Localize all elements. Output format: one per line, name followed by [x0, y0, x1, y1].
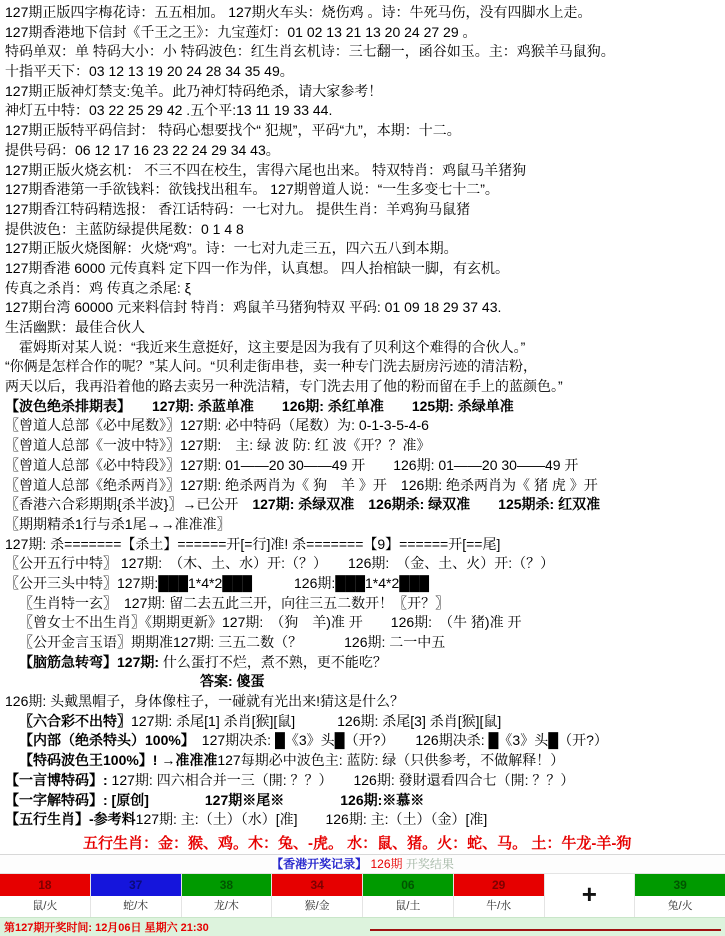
tip-line: 127期正版火烧玄机： 不三不四在校生，害得六尾也出来。 特双特肖：鸡鼠马羊猪狗	[5, 161, 725, 181]
ball-number: 37	[91, 874, 181, 896]
tip-line: 〖生肖特一玄〗 127期: 留二去五此三开，向往三五二数开！〖开？〗	[5, 594, 725, 614]
tip-line: 【一言博特码】: 127期: 四六相合并一三（開: ？？） 126期: 發財還看…	[5, 771, 725, 791]
tip-line-text: 【一字解特码】: [原创]	[5, 792, 149, 808]
tip-line: 〖曾道人总部《一波中特》〗127期: 主: 绿 波 防: 红 波《开？？准》	[5, 436, 725, 456]
tip-line: 126期: 头戴黑帽子，身体像柱子，一碰就有光出来!猜这是什么？	[5, 692, 725, 712]
tip-line-text: 霍姆斯对某人说：“我近来生意挺好，这主要是因为我有了贝利这个难得的合伙人。”	[19, 339, 525, 355]
footer-divider	[370, 929, 721, 931]
tip-line-text: 127期台湾 60000 元来料信封 特肖：鸡鼠羊马猪狗特双 平码: 01 09…	[5, 299, 501, 315]
tip-line-text: 127期: 杀=======【杀土】======开[=行]准! 杀=======…	[5, 536, 500, 552]
tip-line-text: 神灯五中特：03 22 25 29 42 .五个平:13 11 19 33 44…	[5, 102, 332, 118]
tip-line: 127期正版特平码信封： 特码心想要找个“ 犯规”，平码“九”，本期：十二。	[5, 121, 725, 141]
tip-line: 神灯五中特：03 22 25 29 42 .五个平:13 11 19 33 44…	[5, 101, 725, 121]
tip-line-text: 127期: 杀尾[1] 杀肖[猴][鼠] 126期: 杀尾[3] 杀肖[猴][鼠…	[131, 713, 501, 729]
tip-line-text: 答案: 傻蛋	[200, 673, 265, 689]
tip-line-text: 127期: 杀绿双准 126期杀: 绿双准 125期杀: 红双准	[252, 496, 600, 512]
tip-line-text: 127期正版神灯禁支:兔羊。此乃神灯特码绝杀，请大家参考！	[5, 83, 382, 99]
result-cell: 18鼠/火	[0, 874, 91, 917]
result-cell: 29牛/水	[454, 874, 545, 917]
tip-line-text: 提供波色：主蓝防绿提供尾数：0 1 4 8	[5, 221, 244, 237]
tip-line-text: 【波色绝杀排期表】 127期: 杀蓝单准 126期: 杀红单准 125期: 杀绿…	[5, 398, 514, 414]
results-header: 【香港开奖记录】 126期 开奖结果	[0, 855, 725, 873]
tip-line: “你俩是怎样合作的呢？”某人问。“贝利走街串巷，卖一种专门洗去厨房污迹的清洁粉，	[5, 357, 725, 377]
plus-cell: +	[545, 874, 636, 917]
result-cell: 34猴/金	[272, 874, 363, 917]
tip-line-text: 生活幽默：最佳合伙人	[5, 319, 145, 335]
tip-line-text: 127期香江特码精选报： 香江话特码：一七对九。 提供生肖：羊鸡狗马鼠猪	[5, 201, 470, 217]
tip-line-text: 〖期期精杀1行与杀1尾→→准准准〗	[5, 516, 231, 532]
result-cell: 38龙/木	[182, 874, 273, 917]
tip-line: 127期香江特码精选报： 香江话特码：一七对九。 提供生肖：羊鸡狗马鼠猪	[5, 200, 725, 220]
tip-line-text: 特码单双：单 特码大小：小 特码波色：红生肖玄机诗：三七翻一，函谷如玉。主：鸡猴…	[5, 43, 615, 59]
five-element-zodiac-line: 五行生肖：金：猴、鸡。木：兔、-虎。 水：鼠、猪。火：蛇、马。 土：牛龙-羊-狗	[5, 834, 725, 854]
tip-line-text: 127期: 四六相合并一三（開: ？？） 126期: 發財還看四合七（開: ？？…	[108, 772, 575, 788]
tip-line-text: 〖六合彩不出特〗	[19, 713, 131, 729]
tip-line: 【一字解特码】: [原创] 127期※尾※ 126期:※慕※	[5, 791, 725, 811]
tip-line: 127期香港第一手欲钱料：欲钱找出租车。 127期曾道人说：“一生多变七十二”。	[5, 180, 725, 200]
tip-line: 【内部（绝杀特头）100%】 127期决杀: █《3》头█（开?） 126期决杀…	[5, 731, 725, 751]
tip-line-text: 提供号码：06 12 17 16 23 22 24 29 34 43。	[5, 142, 280, 158]
tip-line-text: 【脑筋急转弯】127期:	[19, 654, 159, 670]
tip-line: 霍姆斯对某人说：“我近来生意挺好，这主要是因为我有了贝利这个难得的合伙人。”	[5, 338, 725, 358]
plus-sign: +	[545, 874, 635, 917]
tip-line-text: 127每期必中波色主: 蓝防: 绿（只供参考，不做解释！）	[217, 752, 564, 768]
tip-line: 127期: 杀=======【杀土】======开[=行]准! 杀=======…	[5, 535, 725, 555]
tip-line: 特码单双：单 特码大小：小 特码波色：红生肖玄机诗：三七翻一，函谷如玉。主：鸡猴…	[5, 42, 725, 62]
results-footer: 第127期开奖时间: 12月06日 星期六 21:30	[0, 917, 725, 936]
tip-line-text: 【内部（绝杀特头）100%】	[19, 732, 188, 748]
results-result-label: 开奖结果	[406, 857, 454, 871]
result-cell: 37蛇/木	[91, 874, 182, 917]
results-issue: 126期	[370, 857, 402, 871]
tip-line-text: 〖曾道人总部《绝杀两肖》〗127期: 绝杀两肖为《 狗 羊 》开 126期: 绝…	[5, 477, 598, 493]
ball-number: 29	[454, 874, 544, 896]
tip-line-text: 127期正版特平码信封： 特码心想要找个“ 犯规”，平码“九”，本期：十二。	[5, 122, 461, 138]
tip-line-text: 两天以后，我再沿着他的路去卖另一种洗洁精，专门洗去用了他的粉而留在手上的蓝颜色。…	[5, 378, 563, 394]
ball-zodiac-element: 兔/火	[635, 896, 725, 917]
tip-line: 〖香港六合彩期期{杀半波}〗→已公开 127期: 杀绿双准 126期杀: 绿双准…	[5, 495, 725, 515]
tip-line: 〖曾女士不出生肖〗《期期更新》127期: （狗 羊)准 开 126期: （牛 猪…	[5, 613, 725, 633]
ball-zodiac-element: 鼠/土	[363, 896, 453, 917]
ball-number: 39	[635, 874, 725, 896]
tip-line-text: 〖公开五行中特〗 127期: （木、土、水）开:（？） 126期: （金、土、火…	[5, 555, 554, 571]
tip-line: 两天以后，我再沿着他的路去卖另一种洗洁精，专门洗去用了他的粉而留在手上的蓝颜色。…	[5, 377, 725, 397]
tip-line-text: 〖香港六合彩期期{杀半波}〗→已公开	[5, 496, 252, 512]
tip-line: 〖曾道人总部《必中特段》〗127期: 01——20 30——49 开 126期:…	[5, 456, 725, 476]
tip-line: 〖曾道人总部《绝杀两肖》〗127期: 绝杀两肖为《 狗 羊 》开 126期: 绝…	[5, 476, 725, 496]
tip-line: 生活幽默：最佳合伙人	[5, 318, 725, 338]
tip-line-text: 〖公开三头中特〗127期:███1*4*2███ 126期:███1*4*2██…	[5, 575, 429, 591]
tip-line-text: 〖曾道人总部《一波中特》〗127期: 主: 绿 波 防: 红 波《开？？准》	[5, 437, 430, 453]
tip-line: 127期台湾 60000 元来料信封 特肖：鸡鼠羊马猪狗特双 平码: 01 09…	[5, 298, 725, 318]
tip-line: 〖公开五行中特〗 127期: （木、土、水）开:（？） 126期: （金、土、火…	[5, 554, 725, 574]
tip-line-text: “你俩是怎样合作的呢？”某人问。“贝利走街串巷，卖一种专门洗去厨房污迹的清洁粉，	[5, 358, 537, 374]
tip-line-text: 〖生肖特一玄〗 127期: 留二去五此三开，向往三五二数开！〖开？〗	[19, 595, 449, 611]
tip-line-text	[284, 792, 340, 808]
tip-line: 127期正版神灯禁支:兔羊。此乃神灯特码绝杀，请大家参考！	[5, 82, 725, 102]
tip-line-text: 【五行生肖】-参考料	[5, 811, 136, 827]
ball-number: 06	[363, 874, 453, 896]
ball-zodiac-element: 鼠/火	[0, 896, 90, 917]
tip-line: 127期正版火烧图解：火烧“鸡”。诗：一七对九走三五，四六五八到本期。	[5, 239, 725, 259]
tip-line: 127期正版四字梅花诗：五五相加。 127期火车头：烧伤鸡 。诗：牛死马伤，没有…	[5, 3, 725, 23]
tip-line-text	[149, 792, 205, 808]
next-draw-time: 第127期开奖时间: 12月06日 星期六 21:30	[4, 922, 209, 934]
tip-line-text: 十指平天下：03 12 13 19 20 24 28 34 35 49。	[5, 63, 294, 79]
tip-line-text: 127期决杀: █《3》头█（开?） 126期决杀: █《3》头█（开?）	[188, 732, 608, 748]
tip-line-text: 〖曾道人总部《必中尾数》〗127期: 必中特码（尾数）为: 0-1-3-5-4-…	[5, 417, 429, 433]
ball-number: 34	[272, 874, 362, 896]
results-row: 18鼠/火37蛇/木38龙/木34猴/金06鼠/土29牛/水+39兔/火	[0, 873, 725, 917]
tip-line: 提供波色：主蓝防绿提供尾数：0 1 4 8	[5, 220, 725, 240]
result-cell: 06鼠/土	[363, 874, 454, 917]
tip-line: 〖公开金言玉语〗期期准127期: 三五二数（？ 126期: 二一中五	[5, 633, 725, 653]
tip-line-text: 126期: 头戴黑帽子，身体像柱子，一碰就有光出来!猜这是什么？	[5, 693, 404, 709]
tip-line: 〖期期精杀1行与杀1尾→→准准准〗	[5, 515, 725, 535]
tip-line-text: 【特码波色王100%】! →准准准	[19, 752, 217, 768]
ball-zodiac-element: 龙/木	[182, 896, 272, 917]
results-record-label: 【香港开奖记录】	[271, 857, 367, 871]
tip-line-text: 〖公开金言玉语〗期期准127期: 三五二数（？ 126期: 二一中五	[19, 634, 445, 650]
tip-line-text: 〖曾女士不出生肖〗《期期更新》127期: （狗 羊)准 开 126期: （牛 猪…	[19, 614, 522, 630]
tip-line: 127期香港 6000 元传真料 定下四一作为伴，认真想。 四人抬棺缺一脚，有玄…	[5, 259, 725, 279]
tip-sheet: 127期正版四字梅花诗：五五相加。 127期火车头：烧伤鸡 。诗：牛死马伤，没有…	[0, 0, 725, 854]
tip-line: 127期香港地下信封《千王之王》：九宝莲灯：01 02 13 21 13 20 …	[5, 23, 725, 43]
ball-number: 38	[182, 874, 272, 896]
tip-line-text: 〖曾道人总部《必中特段》〗127期: 01——20 30——49 开 126期:…	[5, 457, 578, 473]
tip-line: 〖曾道人总部《必中尾数》〗127期: 必中特码（尾数）为: 0-1-3-5-4-…	[5, 416, 725, 436]
tip-line-text: 【一言博特码】:	[5, 772, 108, 788]
tip-line: 答案: 傻蛋	[5, 672, 725, 692]
tip-line: 传真之杀肖：鸡 传真之杀尾: ξ	[5, 279, 725, 299]
tip-line-text: 127期香港第一手欲钱料：欲钱找出租车。 127期曾道人说：“一生多变七十二”。	[5, 181, 499, 197]
ball-zodiac-element: 蛇/木	[91, 896, 181, 917]
lottery-results: 【香港开奖记录】 126期 开奖结果 18鼠/火37蛇/木38龙/木34猴/金0…	[0, 854, 725, 936]
tip-line-text: 127期※尾※	[205, 792, 284, 808]
tip-line: 〖六合彩不出特〗127期: 杀尾[1] 杀肖[猴][鼠] 126期: 杀尾[3]…	[5, 712, 725, 732]
tip-line-text: 什么蛋打不烂，煮不熟，更不能吃？	[159, 654, 387, 670]
tip-line: 【五行生肖】-参考料127期: 主:（土）（水）[准] 126期: 主:（土）（…	[5, 810, 725, 830]
tip-line-text: 127期香港地下信封《千王之王》：九宝莲灯：01 02 13 21 13 20 …	[5, 24, 477, 40]
ball-number: 18	[0, 874, 90, 896]
tip-line: 提供号码：06 12 17 16 23 22 24 29 34 43。	[5, 141, 725, 161]
tip-line-text: 126期:※慕※	[340, 792, 424, 808]
tip-line-text: 传真之杀肖：鸡 传真之杀尾: ξ	[5, 280, 191, 296]
tip-lines: 127期正版四字梅花诗：五五相加。 127期火车头：烧伤鸡 。诗：牛死马伤，没有…	[5, 3, 725, 830]
ball-zodiac-element: 猴/金	[272, 896, 362, 917]
tip-line: 〖公开三头中特〗127期:███1*4*2███ 126期:███1*4*2██…	[5, 574, 725, 594]
tip-line-text: 127期正版火烧图解：火烧“鸡”。诗：一七对九走三五，四六五八到本期。	[5, 240, 458, 256]
tip-line-text: 127期香港 6000 元传真料 定下四一作为伴，认真想。 四人抬棺缺一脚，有玄…	[5, 260, 509, 276]
tip-line: 【脑筋急转弯】127期: 什么蛋打不烂，煮不熟，更不能吃？	[5, 653, 725, 673]
tip-line: 十指平天下：03 12 13 19 20 24 28 34 35 49。	[5, 62, 725, 82]
tip-line: 【波色绝杀排期表】 127期: 杀蓝单准 126期: 杀红单准 125期: 杀绿…	[5, 397, 725, 417]
ball-zodiac-element: 牛/水	[454, 896, 544, 917]
tip-line-text: 127期正版火烧玄机： 不三不四在校生，害得六尾也出来。 特双特肖：鸡鼠马羊猪狗	[5, 162, 526, 178]
tip-line-text: 127期正版四字梅花诗：五五相加。 127期火车头：烧伤鸡 。诗：牛死马伤，没有…	[5, 4, 592, 20]
tip-line: 【特码波色王100%】! →准准准127每期必中波色主: 蓝防: 绿（只供参考，…	[5, 751, 725, 771]
tip-line-text: 127期: 主:（土）（水）[准] 126期: 主:（土）（金）[准]	[136, 811, 488, 827]
result-cell: 39兔/火	[635, 874, 725, 917]
